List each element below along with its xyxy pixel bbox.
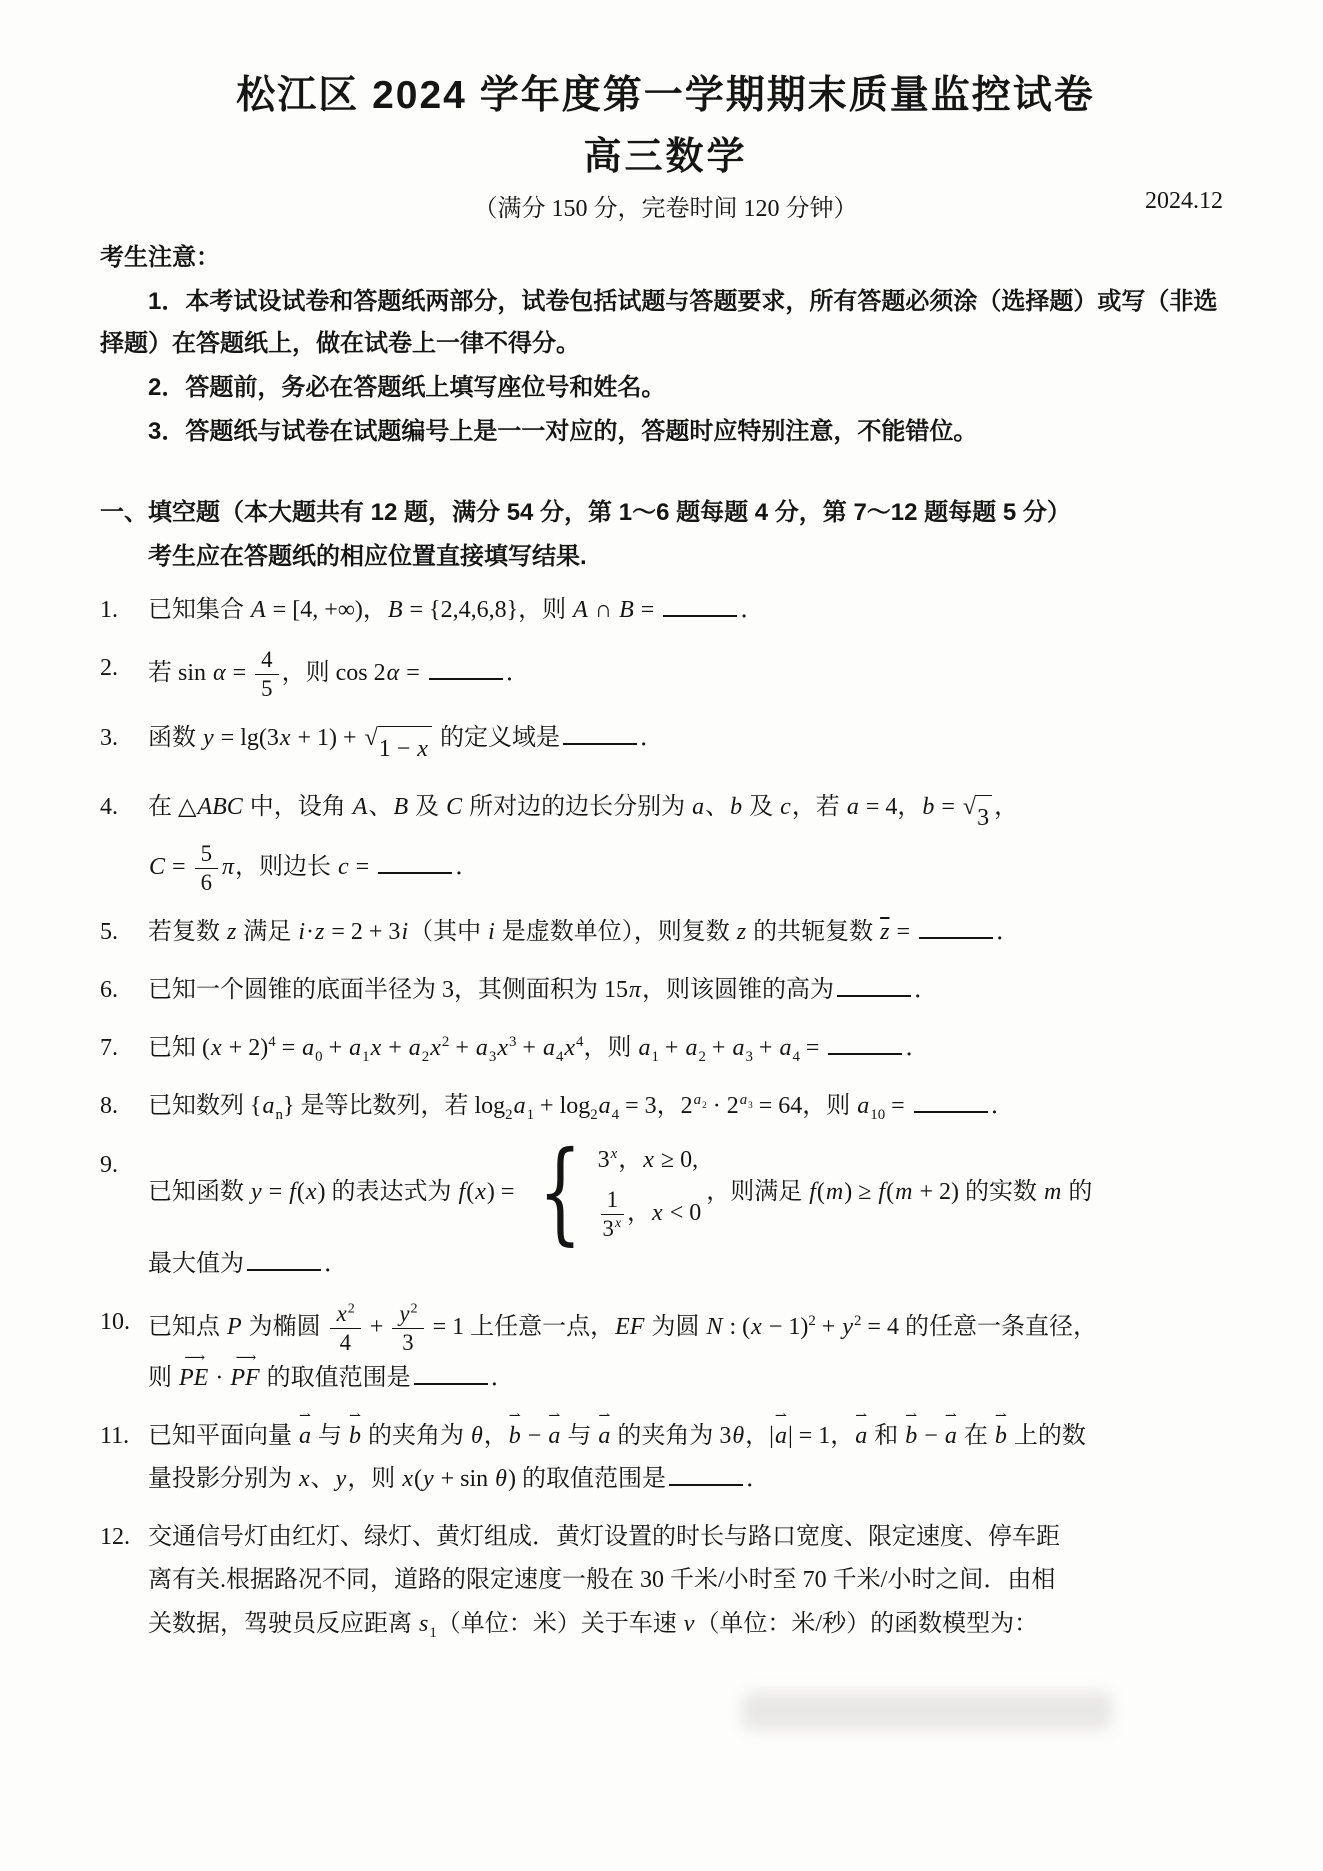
math-fraction: 13x	[601, 1187, 624, 1242]
math-text: ．	[905, 1035, 929, 1061]
math-fraction: x24	[330, 1301, 361, 1356]
question-line: 已知数列 {an} 是等比数列，若 log2a1 + log2a4 = 3，2a…	[148, 1085, 1231, 1128]
question-line: 已知函数 y = f(x) 的表达式为 f(x) = {3x，x ≥ 0,13x…	[148, 1144, 1231, 1243]
math-variable: x	[496, 1035, 509, 1061]
math-variable: b	[921, 794, 935, 820]
question-item: 6.已知一个圆锥的底面半径为 3，其侧面积为 15π，则该圆锥的高为．	[100, 969, 1231, 1012]
answer-blank	[837, 970, 911, 997]
math-variable: θ	[731, 1423, 745, 1449]
math-text: 关数据，驾驶员反应距离	[148, 1611, 418, 1637]
math-variable: θ	[494, 1466, 508, 1492]
math-text: 的共轭复数	[747, 919, 879, 945]
question-line: 在 △ABC 中，设角 A、B 及 C 所对边的边长分别为 a、b 及 c，若 …	[148, 786, 1231, 840]
math-text: (	[817, 1179, 825, 1205]
math-text: +	[659, 1035, 685, 1061]
sqrt-radicand: 1 − x	[378, 726, 432, 771]
fraction-denominator: 3	[402, 1329, 413, 1356]
math-text: ，则满足	[706, 1179, 808, 1205]
fraction-numerator: 4	[255, 647, 278, 675]
math-text: 已知集合	[148, 597, 250, 623]
math-variable: y	[250, 1179, 263, 1205]
fraction-numerator: x2	[330, 1301, 361, 1329]
math-text: 及	[409, 794, 445, 820]
math-text: =	[350, 854, 376, 880]
math-text: +	[323, 1035, 349, 1061]
math-text: 是虚数单位），则复数	[496, 919, 736, 945]
math-text: =	[635, 597, 661, 623]
question-item: 4.在 △ABC 中，设角 A、B 及 C 所对边的边长分别为 a、b 及 c，…	[100, 786, 1231, 896]
math-superscript: 2	[411, 1301, 418, 1317]
math-subscript: 1	[527, 1107, 534, 1123]
question-item: 2.若 sin α = 45，则 cos 2α = ．	[100, 647, 1231, 702]
math-superscript: x	[610, 1146, 619, 1162]
question-line: 已知一个圆锥的底面半径为 3，其侧面积为 15π，则该圆锥的高为．	[148, 969, 1231, 1012]
math-fraction: y23	[392, 1301, 423, 1356]
math-variable: f	[877, 1179, 886, 1205]
math-text: = [4, +∞)，	[267, 597, 387, 623]
math-vector: a	[597, 1415, 611, 1458]
math-text: ．	[455, 854, 479, 880]
question-number: 12.	[100, 1516, 148, 1646]
math-subscript: 10	[870, 1107, 885, 1123]
math-variable: P	[226, 1314, 243, 1340]
question-body: 已知点 P 为椭圆 x24 + y23 = 1 上任意一点，EF 为圆 N : …	[148, 1301, 1231, 1400]
question-body: 函数 y = lg(3x + 1) + √1 − x 的定义域是．	[148, 717, 1231, 771]
math-text: 已知函数	[148, 1179, 250, 1205]
math-text: 在 △	[148, 794, 196, 820]
math-text: ，	[618, 1147, 642, 1173]
question-line: C = 56π，则边长 c = ．	[148, 841, 1231, 896]
math-text: ．	[324, 1251, 348, 1277]
math-text: =	[276, 1035, 302, 1061]
math-text: 函数	[148, 725, 202, 751]
math-text: 3	[602, 1216, 613, 1241]
math-text: =	[263, 1179, 289, 1205]
math-text: +	[816, 1314, 842, 1340]
math-variable: m	[894, 1179, 913, 1205]
section-heading: 一、填空题（本大题共有 12 题，满分 54 分，第 1～6 题每题 4 分，第…	[100, 493, 1231, 534]
math-variable: v	[683, 1611, 696, 1637]
question-number: 2.	[100, 647, 148, 702]
math-variable: m	[825, 1179, 844, 1205]
question-item: 7.已知 (x + 2)4 = a0 + a1x + a2x2 + a3x3 +…	[100, 1027, 1231, 1070]
math-variable: ABC	[196, 794, 243, 820]
math-variable: y	[422, 1466, 435, 1492]
math-text: 3	[598, 1147, 610, 1173]
question-number: 7.	[100, 1027, 148, 1070]
question-line: 关数据，驾驶员反应距离 s1（单位：米）关于车速 v（单位：米/秒）的函数模型为…	[148, 1603, 1231, 1646]
math-text: } 是等比数列，若 log	[283, 1093, 505, 1119]
math-text: 与	[561, 1423, 597, 1449]
math-text: = 2 + 3	[325, 919, 400, 945]
math-vector: a	[854, 1415, 868, 1458]
math-text: 1 −	[379, 736, 417, 762]
math-text: (	[886, 1179, 894, 1205]
math-text: 离有关.根据路况不同，道路的限定速度一般在 30 千米/小时至 70 千米/小时…	[148, 1567, 1055, 1593]
math-variable: a	[637, 1035, 651, 1061]
math-text: ，若	[792, 794, 846, 820]
math-vector: a	[547, 1415, 561, 1458]
question-body: 已知 (x + 2)4 = a0 + a1x + a2x2 + a3x3 + a…	[148, 1027, 1231, 1070]
math-text: 的	[1062, 1179, 1092, 1205]
math-vector: PE	[178, 1357, 209, 1400]
exam-info: （满分 150 分，完卷时间 120 分钟）	[474, 196, 858, 222]
math-subscript: 1	[651, 1049, 658, 1065]
math-text: +	[753, 1035, 779, 1061]
exam-date: 2024.12	[1145, 188, 1223, 215]
math-variable: a	[262, 1093, 276, 1119]
math-text: 交通信号灯由红灯、绿灯、黄灯组成．黄灯设置的时长与路口宽度、限定速度、停车距	[148, 1524, 1060, 1550]
math-text: ．	[914, 977, 938, 1003]
math-text: ，则该圆锥的高为	[642, 977, 834, 1003]
math-variable: α	[386, 660, 401, 686]
math-text: 若复数	[148, 919, 226, 945]
math-variable: x	[750, 1314, 763, 1340]
math-variable: x	[563, 1035, 576, 1061]
math-variable: y	[202, 725, 215, 751]
math-variable: a	[684, 1035, 698, 1061]
math-superscript: x	[614, 1215, 622, 1231]
math-variable: C	[148, 854, 166, 880]
math-text: ) 的取值范围是	[508, 1466, 666, 1492]
math-text: = 4 的任意一条直径，	[861, 1314, 1097, 1340]
question-line: 则 PE · PF 的取值范围是．	[148, 1357, 1231, 1400]
math-fraction: 56	[195, 841, 218, 896]
math-text: 与	[312, 1423, 348, 1449]
question-number: 1.	[100, 589, 148, 632]
answer-blank	[378, 847, 452, 874]
math-variable: B	[392, 794, 409, 820]
math-variable: a	[513, 1093, 527, 1119]
math-subscript: 2	[590, 1107, 597, 1123]
question-item: 12.交通信号灯由红灯、绿灯、黄灯组成．黄灯设置的时长与路口宽度、限定速度、停车…	[100, 1516, 1231, 1646]
math-variable: x	[401, 1466, 414, 1492]
cases-row: 3x，x ≥ 0,	[598, 1145, 702, 1175]
math-subscript: 3	[745, 1049, 752, 1065]
notice-block: 考生注意： 1．本考试设试卷和答题纸两部分，试卷包括试题与答题要求，所有答题必须…	[100, 237, 1231, 453]
question-item: 9.已知函数 y = f(x) 的表达式为 f(x) = {3x，x ≥ 0,1…	[100, 1144, 1231, 1287]
question-number: 9.	[100, 1144, 148, 1287]
math-text: 在	[958, 1423, 994, 1449]
math-variable: a	[301, 1035, 315, 1061]
question-number: 11.	[100, 1415, 148, 1501]
math-variable: a	[693, 1092, 702, 1108]
math-text: ．	[740, 597, 764, 623]
math-text: ，则边长	[235, 854, 337, 880]
math-text: ．	[640, 725, 664, 751]
question-line: 离有关.根据路况不同，道路的限定速度一般在 30 千米/小时至 70 千米/小时…	[148, 1559, 1231, 1602]
math-variable: c	[779, 794, 792, 820]
question-line: 已知集合 A = [4, +∞)，B = {2,4,6,8}，则 A ∩ B =…	[148, 589, 1231, 632]
math-text: ，	[484, 1423, 508, 1449]
math-vector: a	[774, 1415, 788, 1458]
math-text: 已知平面向量	[148, 1423, 298, 1449]
math-text: ．	[991, 1093, 1015, 1119]
math-variable: x	[279, 725, 292, 751]
exam-paper-page: 松江区 2024 学年度第一学期期末质量监控试卷 高三数学 （满分 150 分，…	[0, 0, 1323, 1871]
math-variable: EF	[614, 1314, 645, 1340]
math-text: 上的数	[1008, 1423, 1086, 1449]
question-line: 函数 y = lg(3x + 1) + √1 − x 的定义域是．	[148, 717, 1231, 771]
cases-rows: 3x，x ≥ 0,13x，x < 0	[596, 1145, 702, 1242]
math-text: =	[935, 794, 961, 820]
answer-blank	[247, 1244, 321, 1271]
math-sqrt: √3	[963, 795, 992, 840]
math-text: + log	[534, 1093, 590, 1119]
math-variable: x	[298, 1466, 311, 1492]
math-variable: x	[474, 1179, 487, 1205]
answer-blank	[669, 1459, 743, 1486]
math-text: =	[885, 1093, 911, 1119]
exam-subject-subtitle: 高三数学	[100, 125, 1231, 180]
math-text: −	[918, 1423, 944, 1449]
math-text: +	[364, 1314, 390, 1340]
math-subscript: 1	[429, 1624, 436, 1640]
question-body: 已知函数 y = f(x) 的表达式为 f(x) = {3x，x ≥ 0,13x…	[148, 1144, 1231, 1287]
math-subscript: 0	[315, 1049, 322, 1065]
math-variable: a	[348, 1035, 362, 1061]
section-note: 考生应在答题纸的相应位置直接填写结果.	[100, 536, 1231, 571]
math-text: 所对边的边长分别为	[463, 794, 691, 820]
math-variable: π	[221, 854, 235, 880]
math-text: ·	[209, 1365, 229, 1391]
question-line: 已知点 P 为椭圆 x24 + y23 = 1 上任意一点，EF 为圆 N : …	[148, 1301, 1231, 1356]
exam-info-row: （满分 150 分，完卷时间 120 分钟） 2024.12	[100, 188, 1231, 223]
question-line: 若 sin α = 45，则 cos 2α = ．	[148, 647, 1231, 702]
math-superscript: a2	[693, 1092, 707, 1108]
answer-blank	[914, 1086, 988, 1113]
question-line: 已知平面向量 a 与 b 的夹角为 θ，b − a 与 a 的夹角为 3θ，|a…	[148, 1415, 1231, 1458]
math-text: ．	[506, 660, 530, 686]
math-text: ．	[746, 1466, 770, 1492]
math-text: 的夹角为 3	[611, 1423, 731, 1449]
math-variable: y	[335, 1466, 348, 1492]
math-variable: f	[458, 1179, 467, 1205]
question-line: 量投影分别为 x、y，则 x(y + sin θ) 的取值范围是．	[148, 1458, 1231, 1501]
math-text: = 1 上任意一点，	[427, 1314, 615, 1340]
math-text: =	[227, 660, 253, 686]
math-subscript: 2	[698, 1049, 705, 1065]
math-variable: a	[856, 1093, 870, 1119]
question-list: 1.已知集合 A = [4, +∞)，B = {2,4,6,8}，则 A ∩ B…	[100, 589, 1231, 1646]
answer-blank	[828, 1028, 902, 1055]
math-vector: PF	[229, 1357, 260, 1400]
question-line: 已知 (x + 2)4 = a0 + a1x + a2x2 + a3x3 + a…	[148, 1027, 1231, 1070]
notice-title: 考生注意：	[100, 237, 1231, 279]
math-text: 的定义域是	[434, 725, 560, 751]
math-text: = 4，	[860, 794, 922, 820]
math-text: =	[400, 660, 426, 686]
math-vector: b	[508, 1415, 522, 1458]
math-text: 满足	[237, 919, 297, 945]
math-text: 已知一个圆锥的底面半径为 3，其侧面积为 15	[148, 977, 628, 1003]
math-variable: y	[398, 1301, 410, 1326]
math-text: ≥ 0,	[655, 1147, 698, 1173]
math-text: ，则	[583, 1035, 637, 1061]
math-text: 中，设角	[244, 794, 352, 820]
math-variable: a	[846, 794, 860, 820]
question-item: 1.已知集合 A = [4, +∞)，B = {2,4,6,8}，则 A ∩ B…	[100, 589, 1231, 632]
math-variable: α	[212, 660, 227, 686]
math-text: +	[516, 1035, 542, 1061]
math-text: 已知数列 {	[148, 1093, 262, 1119]
math-vector: a	[944, 1415, 958, 1458]
math-text: （单位：米）关于车速	[437, 1611, 683, 1637]
math-text: = 64，则	[753, 1093, 857, 1119]
math-text: 的夹角为	[362, 1423, 470, 1449]
math-variable: f	[808, 1179, 817, 1205]
page-title: 松江区 2024 学年度第一学期期末质量监控试卷	[100, 72, 1231, 121]
math-text: < 0	[664, 1200, 702, 1226]
math-variable: x	[610, 1146, 619, 1162]
math-text: =	[800, 1035, 826, 1061]
cases-brace: {	[539, 1144, 583, 1243]
answer-blank	[919, 912, 993, 939]
question-body: 已知一个圆锥的底面半径为 3，其侧面积为 15π，则该圆锥的高为．	[148, 969, 1231, 1012]
math-variable: a	[778, 1035, 792, 1061]
math-variable: θ	[470, 1423, 484, 1449]
math-text: =	[890, 919, 916, 945]
math-variable: x	[642, 1147, 655, 1173]
question-line: 交通信号灯由红灯、绿灯、黄灯组成．黄灯设置的时长与路口宽度、限定速度、停车距	[148, 1516, 1231, 1559]
math-variable: a	[731, 1035, 745, 1061]
math-text: ，则	[347, 1466, 401, 1492]
notice-item-3: 3．答题纸与试卷在试题编号上是一一对应的，答题时应特别注意，不能错位。	[100, 411, 1231, 453]
sqrt-radical-sign: √	[963, 795, 976, 820]
math-variable: N	[705, 1314, 723, 1340]
scan-smudge-artifact	[742, 1692, 1112, 1730]
answer-blank	[414, 1357, 488, 1384]
question-body: 交通信号灯由红灯、绿灯、黄灯组成．黄灯设置的时长与路口宽度、限定速度、停车距离有…	[148, 1516, 1231, 1646]
math-text: : (	[723, 1314, 750, 1340]
question-line: 最大值为．	[148, 1243, 1231, 1286]
answer-blank	[429, 653, 503, 680]
math-text: = {2,4,6,8}，则	[404, 597, 573, 623]
fraction-numerator: 5	[195, 841, 218, 869]
question-body: 若复数 z 满足 i·z = 2 + 3i（其中 i 是虚数单位），则复数 z …	[148, 911, 1231, 954]
question-number: 5.	[100, 911, 148, 954]
math-text: (	[414, 1466, 422, 1492]
question-line: 若复数 z 满足 i·z = 2 + 3i（其中 i 是虚数单位），则复数 z …	[148, 911, 1231, 954]
math-text: −	[522, 1423, 548, 1449]
math-text: 的取值范围是	[261, 1365, 411, 1391]
math-vector: b	[348, 1415, 362, 1458]
question-item: 8.已知数列 {an} 是等比数列，若 log2a1 + log2a4 = 3，…	[100, 1085, 1231, 1128]
math-text: ) ≥	[844, 1179, 877, 1205]
fraction-numerator: 1	[601, 1187, 624, 1215]
math-text: =	[166, 854, 192, 880]
math-text: ) =	[487, 1179, 521, 1205]
answer-blank	[563, 718, 637, 745]
math-variable: i	[297, 919, 306, 945]
question-body: 已知集合 A = [4, +∞)，B = {2,4,6,8}，则 A ∩ B =…	[148, 589, 1231, 632]
math-variable: c	[337, 854, 350, 880]
math-subscript: 4	[612, 1107, 619, 1123]
math-text: 已知点	[148, 1314, 226, 1340]
math-text: = 3，2	[619, 1093, 693, 1119]
math-text: 最大值为	[148, 1251, 244, 1277]
math-text: +	[706, 1035, 732, 1061]
fraction-numerator: y2	[392, 1301, 423, 1329]
math-variable: A	[572, 597, 589, 623]
fraction-denominator: 6	[201, 869, 212, 896]
math-variable: x	[416, 736, 429, 762]
math-vector: b	[994, 1415, 1008, 1458]
math-variable: B	[618, 597, 635, 623]
math-superscript: 2	[348, 1301, 355, 1317]
math-superscript: 2	[808, 1313, 815, 1329]
math-text: | = 1，	[788, 1423, 854, 1449]
math-text: 若 sin	[148, 660, 212, 686]
math-variable: π	[628, 977, 642, 1003]
math-subscript: 4	[792, 1049, 799, 1065]
math-text: 为圆	[645, 1314, 705, 1340]
math-text: ．	[996, 919, 1020, 945]
math-text: ，则 cos 2	[282, 660, 386, 686]
cases-row: 13x，x < 0	[598, 1187, 702, 1242]
math-variable: z	[736, 919, 747, 945]
math-text: ，	[994, 794, 1018, 820]
question-body: 在 △ABC 中，设角 A、B 及 C 所对边的边长分别为 a、b 及 c，若 …	[148, 786, 1231, 896]
question-item: 11.已知平面向量 a 与 b 的夹角为 θ，b − a 与 a 的夹角为 3θ…	[100, 1415, 1231, 1501]
math-subscript: 2	[505, 1107, 512, 1123]
math-text: − 1)	[763, 1314, 809, 1340]
math-text: = lg(3	[215, 725, 279, 751]
question-body: 若 sin α = 45，则 cos 2α = ．	[148, 647, 1231, 702]
math-text: +	[382, 1035, 408, 1061]
question-body: 已知数列 {an} 是等比数列，若 log2a1 + log2a4 = 3，2a…	[148, 1085, 1231, 1128]
math-text: 已知 (	[148, 1035, 210, 1061]
math-variable: a	[408, 1035, 422, 1061]
math-text: （单位：米/秒）的函数模型为：	[695, 1611, 1038, 1637]
math-text: 和	[868, 1423, 904, 1449]
math-variable: x	[210, 1035, 223, 1061]
math-superscript: a3	[739, 1092, 753, 1108]
math-piecewise-cases: {3x，x ≥ 0,13x，x < 0	[525, 1144, 701, 1243]
question-number: 6.	[100, 969, 148, 1012]
math-text: 及	[743, 794, 779, 820]
math-variable: C	[445, 794, 463, 820]
math-variable: A	[250, 597, 267, 623]
question-number: 8.	[100, 1085, 148, 1128]
math-variable: m	[1043, 1179, 1062, 1205]
math-text: +	[449, 1035, 475, 1061]
question-item: 3.函数 y = lg(3x + 1) + √1 − x 的定义域是．	[100, 717, 1231, 771]
fraction-denominator: 4	[340, 1329, 351, 1356]
math-conjugate-overline: z	[879, 919, 890, 945]
question-item: 5.若复数 z 满足 i·z = 2 + 3i（其中 i 是虚数单位），则复数 …	[100, 911, 1231, 954]
math-text: 为椭圆	[243, 1314, 327, 1340]
math-text: 、	[705, 794, 729, 820]
notice-item-1: 1．本考试设试卷和答题纸两部分，试卷包括试题与答题要求，所有答题必须涂（选择题）…	[100, 281, 1231, 365]
math-text: + 2) 的实数	[913, 1179, 1043, 1205]
math-subscript: 1	[362, 1049, 369, 1065]
math-text: ，|	[745, 1423, 774, 1449]
math-variable: x	[336, 1301, 348, 1326]
math-variable: x	[429, 1035, 442, 1061]
math-variable: A	[352, 794, 369, 820]
math-variable: a	[542, 1035, 556, 1061]
question-number: 3.	[100, 717, 148, 771]
math-subscript: n	[276, 1107, 283, 1123]
math-text: ·	[306, 919, 314, 945]
math-variable: z	[314, 919, 325, 945]
math-variable: s	[418, 1611, 429, 1637]
math-variable: a	[691, 794, 705, 820]
math-sqrt: √1 − x	[365, 726, 432, 771]
math-text: ，	[627, 1200, 651, 1226]
answer-blank	[663, 589, 737, 616]
